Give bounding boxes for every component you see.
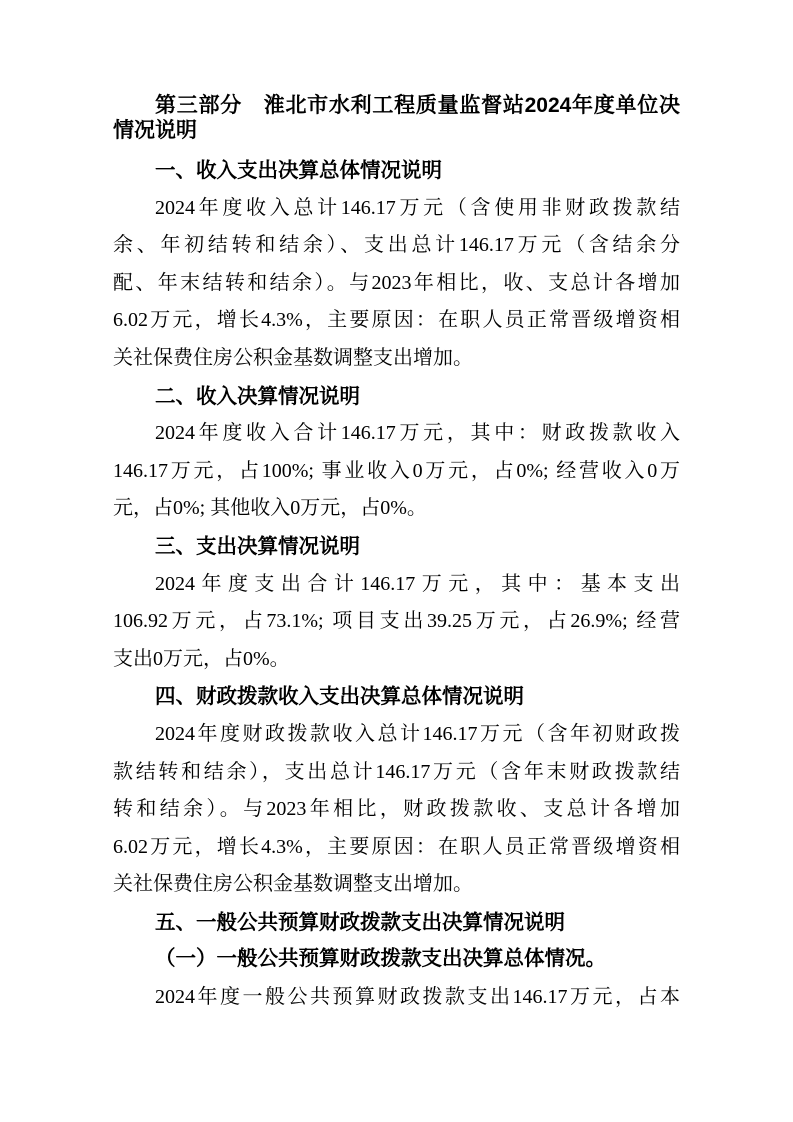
paragraph-block: 2024年度收入总计146.17万元（含使用非财政拨款结余、年初结转和结余）、支… xyxy=(113,190,680,378)
heading-block: 五、一般公共预算财政拨款支出决算情况说明 xyxy=(113,904,680,942)
title-block: 第三部分 淮北市水利工程质量监督站2024年度单位决算情况说明 xyxy=(113,93,680,143)
text-line: （一）一般公共预算财政拨款支出决算总体情况。 xyxy=(113,941,680,979)
text-line: 款结转和结余），支出总计146.17万元（含年末财政拨款结 xyxy=(113,754,680,792)
paragraph-block: 2024年度一般公共预算财政拨款支出146.17万元，占本 xyxy=(113,979,680,1017)
document-page: 第三部分 淮北市水利工程质量监督站2024年度单位决算情况说明一、收入支出决算总… xyxy=(0,0,793,1122)
text-line: 二、收入决算情况说明 xyxy=(113,378,680,416)
paragraph-block: 2024年度支出合计146.17万元，其中：基本支出106.92万元，占73.1… xyxy=(113,566,680,679)
text-line: 2024年度支出合计146.17万元，其中：基本支出 xyxy=(113,566,680,604)
text-line: 第三部分 淮北市水利工程质量监督站2024年度单位决算 xyxy=(113,93,680,118)
text-line: 146.17万元，占100%; 事业收入0万元，占0%; 经营收入0万 xyxy=(113,453,680,491)
text-line: 2024年度收入合计146.17万元，其中：财政拨款收入 xyxy=(113,415,680,453)
text-line: 2024年度收入总计146.17万元（含使用非财政拨款结 xyxy=(113,190,680,228)
text-line: 一、收入支出决算总体情况说明 xyxy=(113,152,680,190)
text-line: 关社保费住房公积金基数调整支出增加。 xyxy=(113,866,680,904)
heading-block: 三、支出决算情况说明 xyxy=(113,528,680,566)
text-line: 三、支出决算情况说明 xyxy=(113,528,680,566)
text-line: 配、年末结转和结余）。与2023年相比，收、支总计各增加 xyxy=(113,265,680,303)
document-body: 第三部分 淮北市水利工程质量监督站2024年度单位决算情况说明一、收入支出决算总… xyxy=(113,93,680,1017)
subheading-block: （一）一般公共预算财政拨款支出决算总体情况。 xyxy=(113,941,680,979)
text-line: 2024年度财政拨款收入总计146.17万元（含年初财政拨 xyxy=(113,716,680,754)
heading-block: 一、收入支出决算总体情况说明 xyxy=(113,152,680,190)
text-line: 五、一般公共预算财政拨款支出决算情况说明 xyxy=(113,904,680,942)
text-line: 关社保费住房公积金基数调整支出增加。 xyxy=(113,340,680,378)
heading-block: 四、财政拨款收入支出决算总体情况说明 xyxy=(113,678,680,716)
paragraph-block: 2024年度财政拨款收入总计146.17万元（含年初财政拨款结转和结余），支出总… xyxy=(113,716,680,904)
text-line: 2024年度一般公共预算财政拨款支出146.17万元，占本 xyxy=(113,979,680,1017)
text-line: 情况说明 xyxy=(113,118,680,143)
text-line: 6.02万元，增长4.3%，主要原因：在职人员正常晋级增资相 xyxy=(113,302,680,340)
text-line: 106.92万元，占73.1%; 项目支出39.25万元，占26.9%; 经营 xyxy=(113,603,680,641)
text-line: 转和结余）。与2023年相比，财政拨款收、支总计各增加 xyxy=(113,791,680,829)
text-line: 四、财政拨款收入支出决算总体情况说明 xyxy=(113,678,680,716)
text-line: 6.02万元，增长4.3%，主要原因：在职人员正常晋级增资相 xyxy=(113,829,680,867)
text-line: 元，占0%; 其他收入0万元，占0%。 xyxy=(113,490,680,528)
text-line: 余、年初结转和结余）、支出总计146.17万元（含结余分 xyxy=(113,227,680,265)
heading-block: 二、收入决算情况说明 xyxy=(113,378,680,416)
text-line: 支出0万元，占0%。 xyxy=(113,641,680,679)
paragraph-block: 2024年度收入合计146.17万元，其中：财政拨款收入146.17万元，占10… xyxy=(113,415,680,528)
